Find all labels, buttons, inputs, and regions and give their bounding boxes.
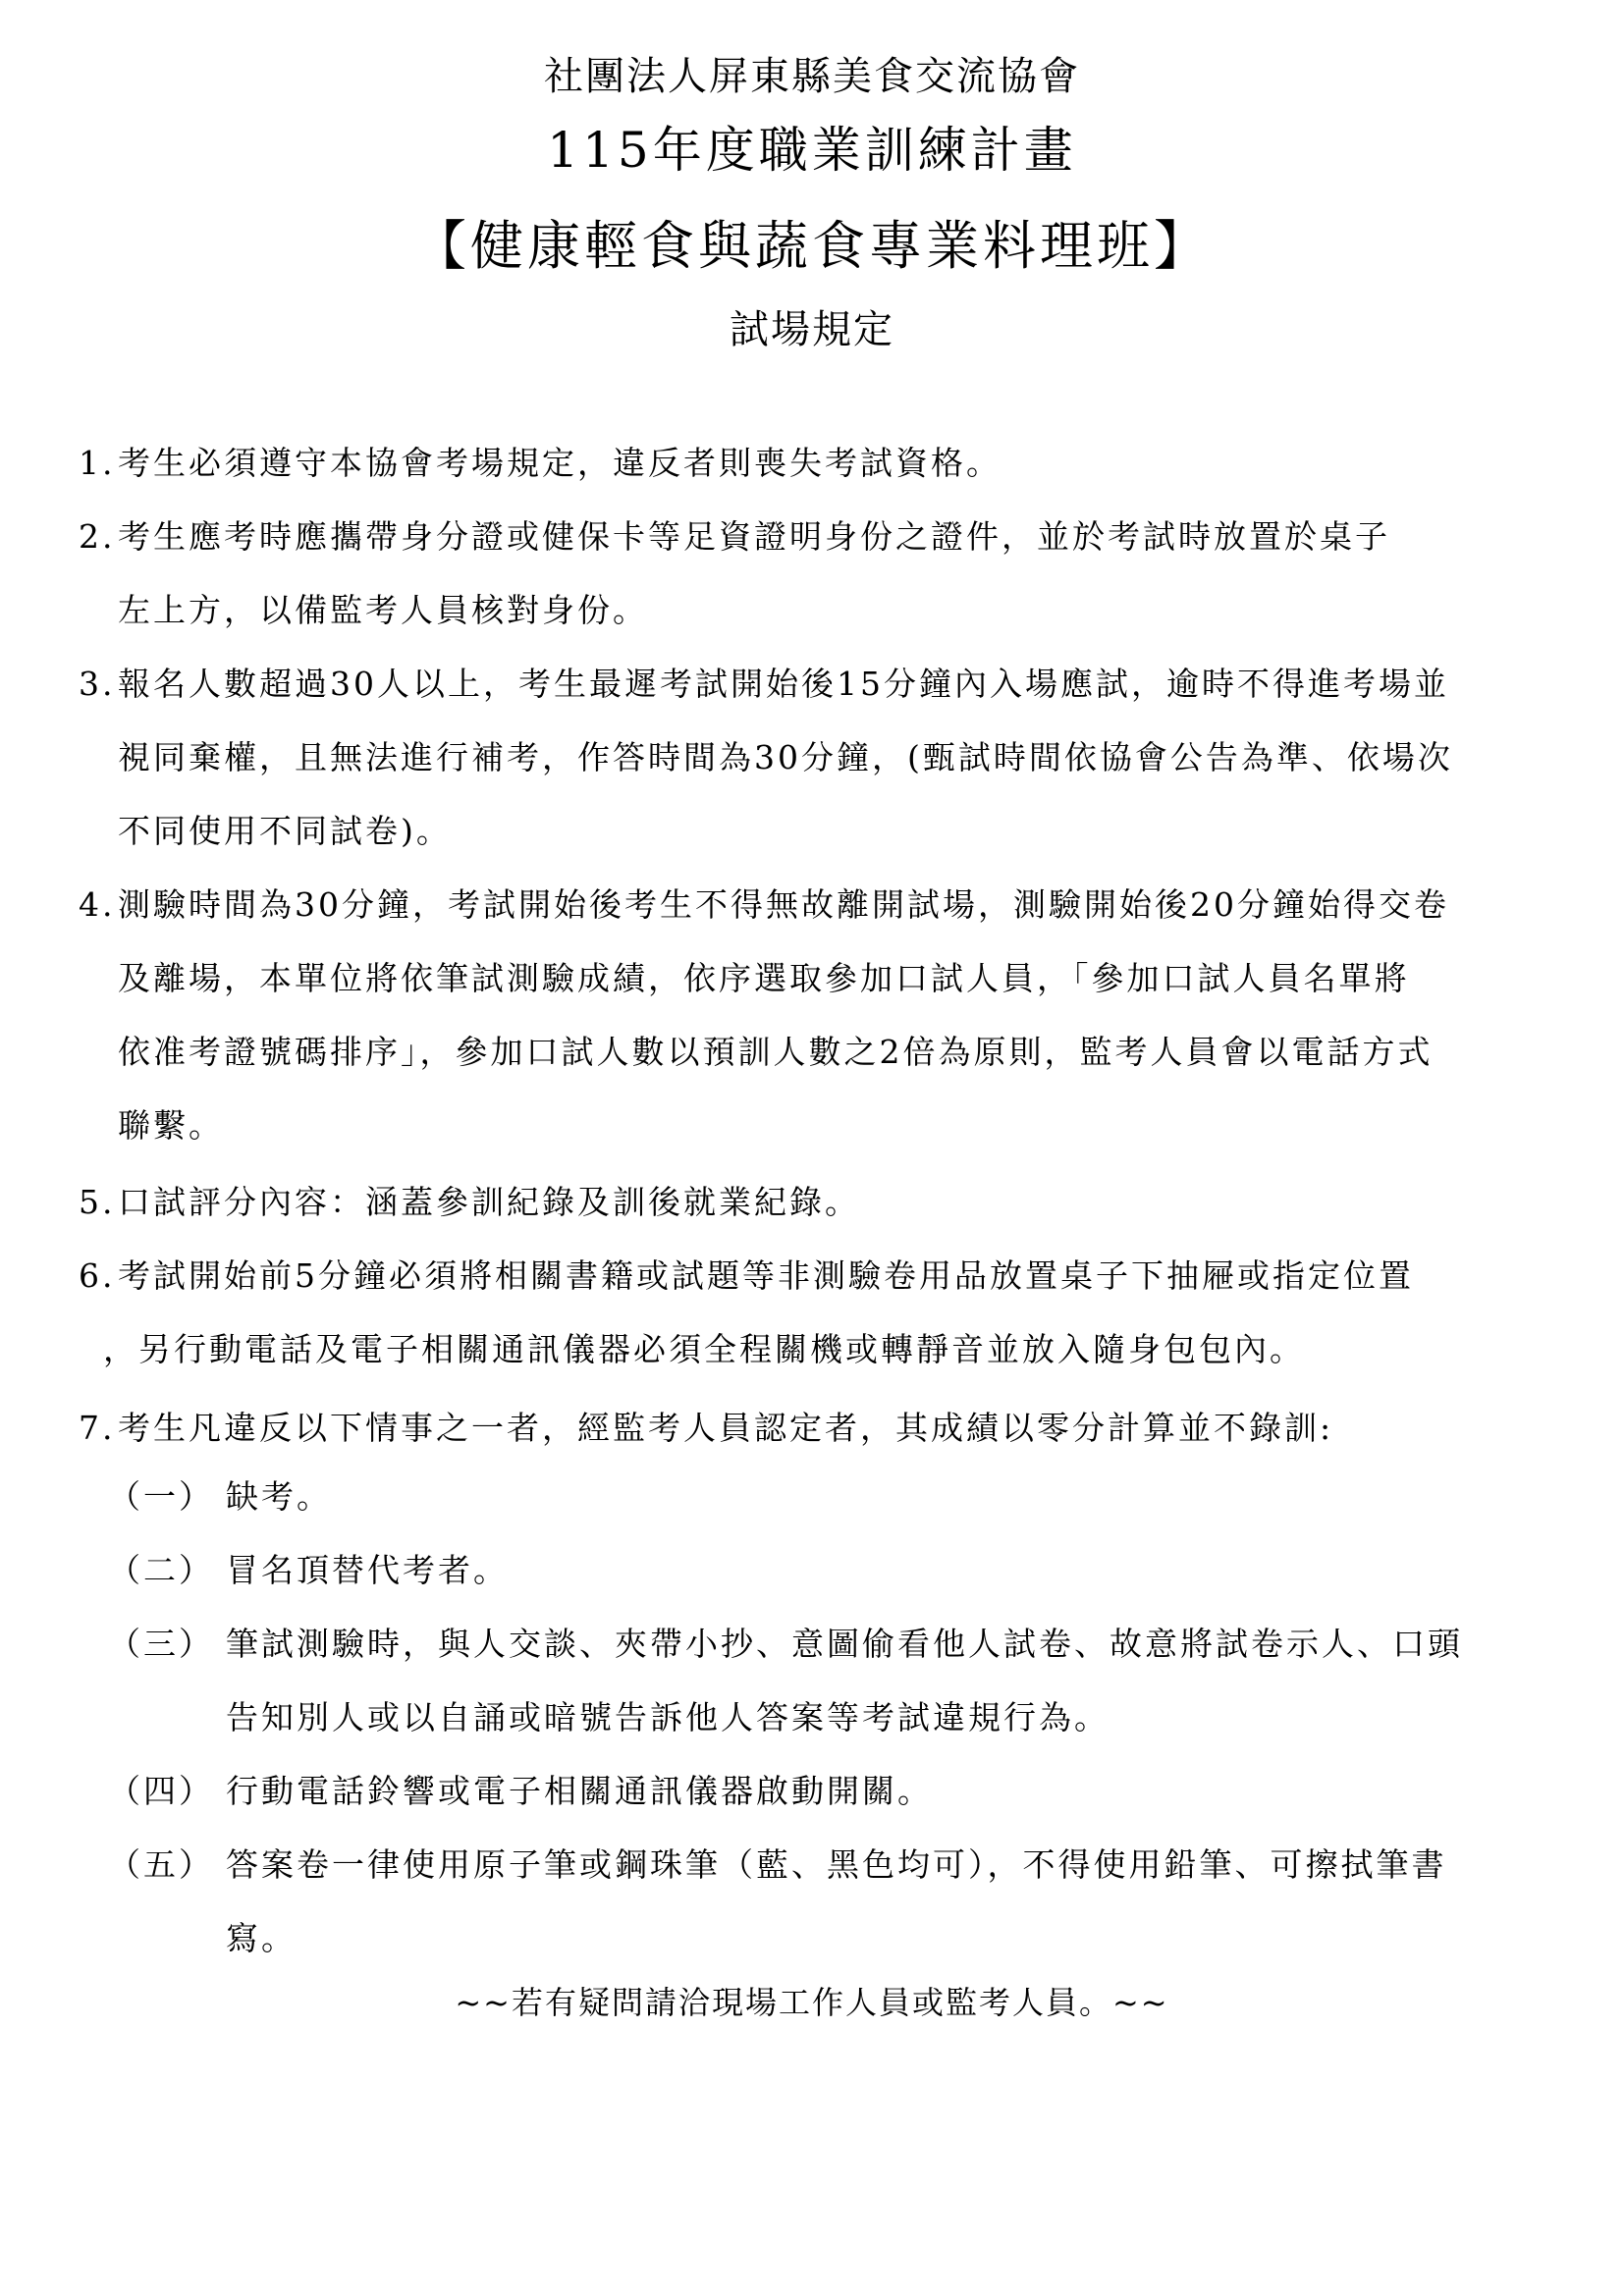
violation-4: （四）行動電話鈴響或電子相關通訊儀器啟動開關。 xyxy=(108,1772,933,1811)
rule-6: 6.考試開始前5分鐘必須將相關書籍或試題等非測驗卷用品放置桌子下抽屜或指定位置 xyxy=(79,1256,1414,1296)
rule-3-cont-2: 不同使用不同試卷)。 xyxy=(118,812,452,851)
violation-3: （三）筆試測驗時，與人交談、夾帶小抄、意圖偷看他人試卷、故意將試卷示人、口頭 xyxy=(108,1625,1463,1664)
rule-7: 7.考生凡違反以下情事之一者，經監考人員認定者，其成績以零分計算並不錄訓: xyxy=(79,1409,1333,1448)
rule-6-cont: ，另行動電話及電子相關通訊儀器必須全程關機或轉靜音並放入隨身包包內。 xyxy=(103,1330,1305,1369)
document-title: 試場規定 xyxy=(0,310,1624,349)
violation-5-cont: 寫。 xyxy=(226,1919,297,1958)
rule-1: 1.考生必須遵守本協會考場規定，違反者則喪失考試資格。 xyxy=(79,444,1001,483)
rule-3-cont-1: 視同棄權，且無法進行補考，作答時間為30分鐘，(甄試時間依協會公告為準、依場次 xyxy=(118,738,1453,777)
footer-note: ~~若有疑問請洽現場工作人員或監考人員。~~ xyxy=(0,1983,1624,2022)
course-title: 【健康輕食與蔬食專業料理班】 xyxy=(0,220,1624,273)
rule-5: 5.口試評分內容：涵蓋參訓紀錄及訓後就業紀錄。 xyxy=(79,1183,860,1222)
organization-name: 社團法人屏東縣美食交流協會 xyxy=(0,57,1624,96)
plan-title: 115年度職業訓練計畫 xyxy=(0,126,1624,175)
rule-4-cont-1: 及離場，本單位將依筆試測驗成績，依序選取參加口試人員，「參加口試人員名單將 xyxy=(118,959,1410,998)
violation-2: （二）冒名頂替代考者。 xyxy=(108,1551,509,1590)
violation-1: （一）缺考。 xyxy=(108,1477,332,1517)
rule-2: 2.考生應考時應攜帶身分證或健保卡等足資證明身份之證件，並於考試時放置於桌子 xyxy=(79,517,1390,557)
rule-2-cont: 左上方，以備監考人員核對身份。 xyxy=(118,591,648,630)
rule-4: 4.測驗時間為30分鐘，考試開始後考生不得無故離開試場，測驗開始後20分鐘始得交… xyxy=(79,885,1449,925)
violation-3-cont: 告知別人或以自誦或暗號告訴他人答案等考試違規行為。 xyxy=(226,1698,1110,1737)
rule-4-cont-2: 依准考證號碼排序」，參加口試人數以預訓人數之2倍為原則，監考人員會以電話方式 xyxy=(118,1033,1434,1072)
violation-5: （五）答案卷一律使用原子筆或鋼珠筆（藍、黑色均可），不得使用鉛筆、可擦拭筆書 xyxy=(108,1845,1447,1885)
rule-3: 3.報名人數超過30人以上，考生最遲考試開始後15分鐘內入場應試，逾時不得進考場… xyxy=(79,665,1449,704)
rule-4-cont-3: 聯繫。 xyxy=(118,1106,224,1146)
